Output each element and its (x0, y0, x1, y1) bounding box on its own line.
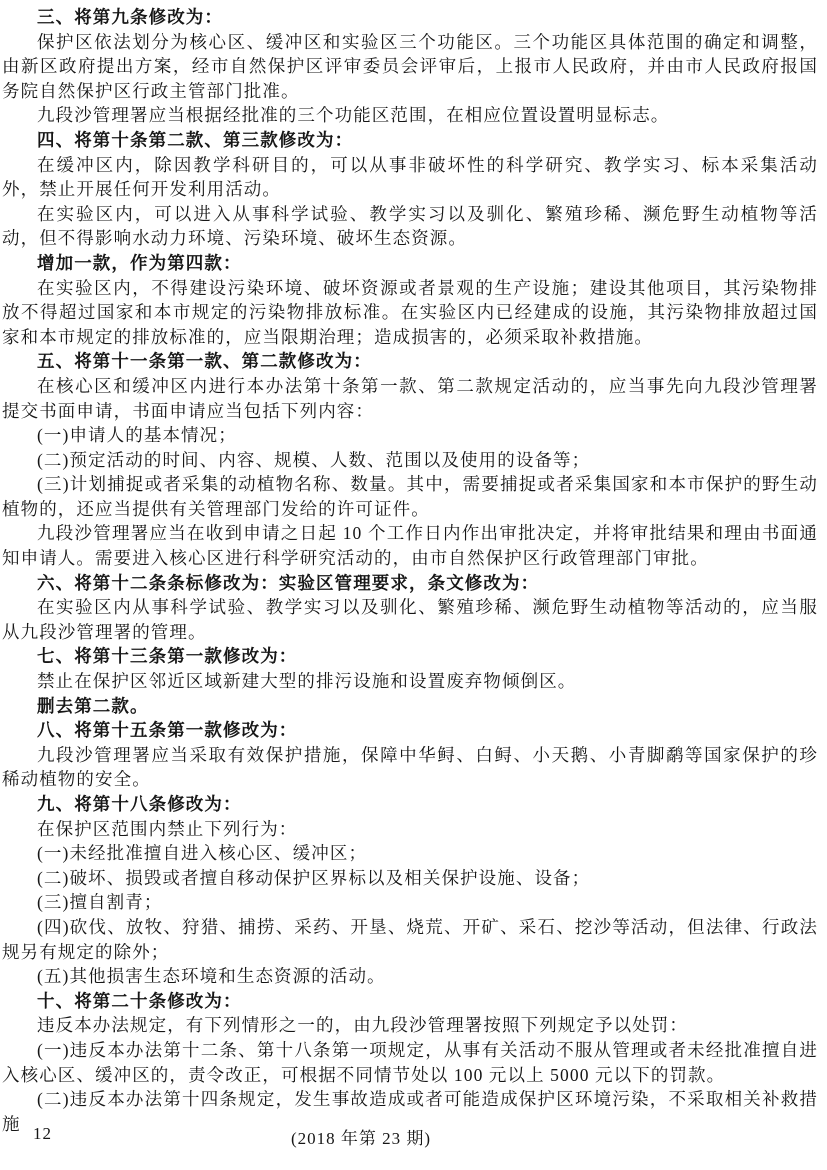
issue-label: (2018 年第 23 期) (291, 1124, 431, 1149)
page-footer: 12 (2018 年第 23 期) (0, 1124, 827, 1150)
section-heading: 九、将第十八条修改为： (2, 792, 818, 817)
section-heading: 三、将第九条修改为： (2, 5, 818, 30)
paragraph: (一)违反本办法第十二条、第十八条第一项规定，从事有关活动不服从管理或者未经批准… (2, 1038, 818, 1087)
paragraph: 在核心区和缓冲区内进行本办法第十条第一款、第二款规定活动的，应当事先向九段沙管理… (2, 374, 818, 423)
section-heading: 增加一款，作为第四款： (2, 251, 818, 276)
section-heading: 十、将第二十条修改为： (2, 989, 818, 1014)
paragraph: (五)其他损害生态环境和生态资源的活动。 (2, 964, 818, 989)
section-heading: 五、将第十一条第一款、第二款修改为： (2, 349, 818, 374)
page-number: 12 (33, 1124, 52, 1144)
paragraph: 在实验区内从事科学试验、教学实习以及驯化、繁殖珍稀、濒危野生动植物等活动的，应当… (2, 595, 818, 644)
paragraph: (一)申请人的基本情况； (2, 423, 818, 448)
paragraph: 在实验区内，不得建设污染环境、破坏资源或者景观的生产设施；建设其他项目，其污染物… (2, 276, 818, 350)
section-heading: 八、将第十五条第一款修改为： (2, 718, 818, 743)
paragraph: (三)计划捕捉或者采集的动植物名称、数量。其中，需要捕捉或者采集国家和本市保护的… (2, 472, 818, 521)
section-heading: 删去第二款。 (2, 694, 818, 719)
section-heading: 六、将第十二条条标修改为：实验区管理要求，条文修改为： (2, 571, 818, 596)
paragraph: (二)预定活动的时间、内容、规模、人数、范围以及使用的设备等； (2, 448, 818, 473)
section-heading: 四、将第十条第二款、第三款修改为： (2, 128, 818, 153)
paragraph: 在缓冲区内，除因教学科研目的，可以从事非破坏性的科学研究、教学实习、标本采集活动… (2, 153, 818, 202)
paragraph: 保护区依法划分为核心区、缓冲区和实验区三个功能区。三个功能区具体范围的确定和调整… (2, 30, 818, 104)
paragraph: (四)砍伐、放牧、狩猎、捕捞、采药、开垦、烧荒、开矿、采石、挖沙等活动，但法律、… (2, 915, 818, 964)
paragraph: 九段沙管理署应当采取有效保护措施，保障中华鲟、白鲟、小天鹅、小青脚鹬等国家保护的… (2, 743, 818, 792)
document-page: 三、将第九条修改为：保护区依法划分为核心区、缓冲区和实验区三个功能区。三个功能区… (0, 0, 827, 1170)
section-heading: 七、将第十三条第一款修改为： (2, 644, 818, 669)
paragraph: 在实验区内，可以进入从事科学试验、教学实习以及驯化、繁殖珍稀、濒危野生动植物等活… (2, 202, 818, 251)
paragraph: 九段沙管理署应当根据经批准的三个功能区范围，在相应位置设置明显标志。 (2, 103, 818, 128)
paragraph: 在保护区范围内禁止下列行为： (2, 817, 818, 842)
document-body: 三、将第九条修改为：保护区依法划分为核心区、缓冲区和实验区三个功能区。三个功能区… (2, 5, 818, 1136)
paragraph: (一)未经批准擅自进入核心区、缓冲区； (2, 841, 818, 866)
paragraph: (二)破坏、损毁或者擅自移动保护区界标以及相关保护设施、设备； (2, 866, 818, 891)
paragraph: 违反本办法规定，有下列情形之一的，由九段沙管理署按照下列规定予以处罚： (2, 1013, 818, 1038)
paragraph: 禁止在保护区邻近区域新建大型的排污设施和设置废弃物倾倒区。 (2, 669, 818, 694)
paragraph: 九段沙管理署应当在收到申请之日起 10 个工作日内作出审批决定，并将审批结果和理… (2, 521, 818, 570)
paragraph: (三)擅自割青； (2, 890, 818, 915)
